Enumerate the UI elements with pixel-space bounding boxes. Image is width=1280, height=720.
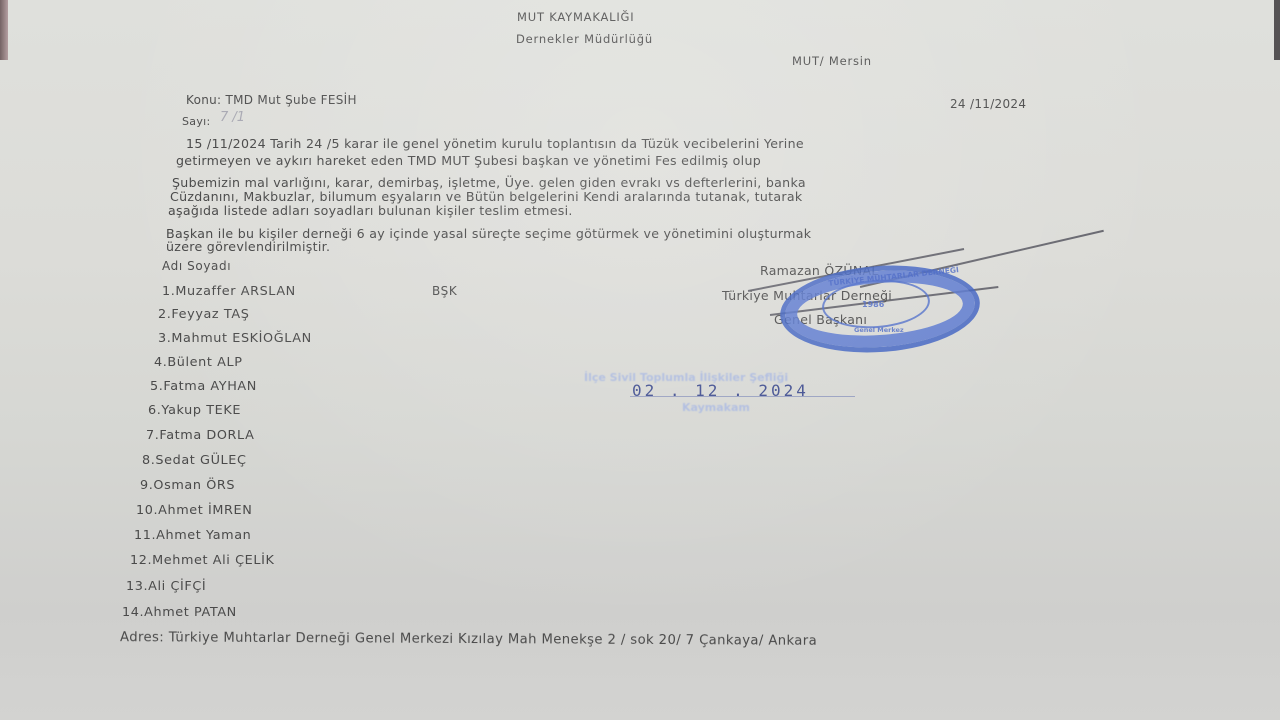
subject-line: Konu: TMD Mut Şube FESİH bbox=[186, 93, 357, 107]
member-list-item: 10.Ahmet İMREN bbox=[136, 503, 252, 518]
seal-bottom-text: Genel Merkez bbox=[854, 326, 904, 334]
received-stamp-signatory: Kaymakam bbox=[682, 401, 750, 414]
member-list-item: 5.Fatma AYHAN bbox=[150, 379, 257, 394]
paragraph2-line2: Cüzdanını, Makbuzlar, bilumum eşyaların … bbox=[170, 189, 803, 204]
member-list-item: 7.Fatma DORLA bbox=[146, 428, 254, 443]
paragraph1-line1: 15 /11/2024 Tarih 24 /5 karar ile genel … bbox=[186, 136, 804, 151]
member-list-item: 11.Ahmet Yaman bbox=[134, 528, 251, 543]
seal-center-text: 1986 bbox=[862, 300, 884, 309]
role-tag-president: BŞK bbox=[432, 284, 457, 298]
paragraph1-line2: getirmeyen ve aykırı hareket eden TMD MU… bbox=[176, 153, 761, 168]
page-edge-right bbox=[1274, 0, 1280, 60]
received-stamp-date: 02 . 12 . 2024 bbox=[632, 381, 809, 400]
department-title: Dernekler Müdürlüğü bbox=[516, 32, 653, 46]
document-date: 24 /11/2024 bbox=[950, 97, 1026, 111]
paragraph3-line2: üzere görevlendirilmiştir. bbox=[166, 239, 330, 254]
paragraph2-line3: aşağıda listede adları soyadları bulunan… bbox=[168, 203, 573, 218]
member-list-item: 6.Yakup TEKE bbox=[148, 403, 241, 418]
paragraph2-line1: Şubemizin mal varlığını, karar, demirbaş… bbox=[172, 175, 806, 190]
member-list-item: 2.Feyyaz TAŞ bbox=[158, 307, 249, 322]
location-line: MUT/ Mersin bbox=[792, 54, 872, 68]
member-list-item: 8.Sedat GÜLEÇ bbox=[142, 453, 247, 468]
authority-title: MUT KAYMAKALIĞI bbox=[517, 10, 634, 24]
member-list-item: 13.Ali ÇİFÇİ bbox=[126, 579, 206, 594]
member-list-item: 3.Mahmut ESKİOĞLAN bbox=[158, 331, 312, 346]
page-edge-left bbox=[0, 0, 8, 60]
list-header: Adı Soyadı bbox=[162, 259, 231, 273]
member-list-item: 1.Muzaffer ARSLAN bbox=[162, 284, 296, 299]
member-list-item: 9.Osman ÖRS bbox=[140, 478, 235, 493]
number-label: Sayı: bbox=[182, 115, 211, 128]
received-date-underline bbox=[630, 396, 855, 397]
number-handwritten: 7 /1 bbox=[220, 110, 245, 125]
document-page: MUT KAYMAKALIĞI Dernekler Müdürlüğü MUT/… bbox=[0, 0, 1280, 720]
member-list-item: 12.Mehmet Ali ÇELİK bbox=[130, 553, 274, 568]
member-list-item: 4.Bülent ALP bbox=[154, 355, 243, 370]
footer-address: Adres: Türkiye Muhtarlar Derneği Genel M… bbox=[120, 630, 817, 649]
member-list-item: 14.Ahmet PATAN bbox=[122, 605, 237, 620]
